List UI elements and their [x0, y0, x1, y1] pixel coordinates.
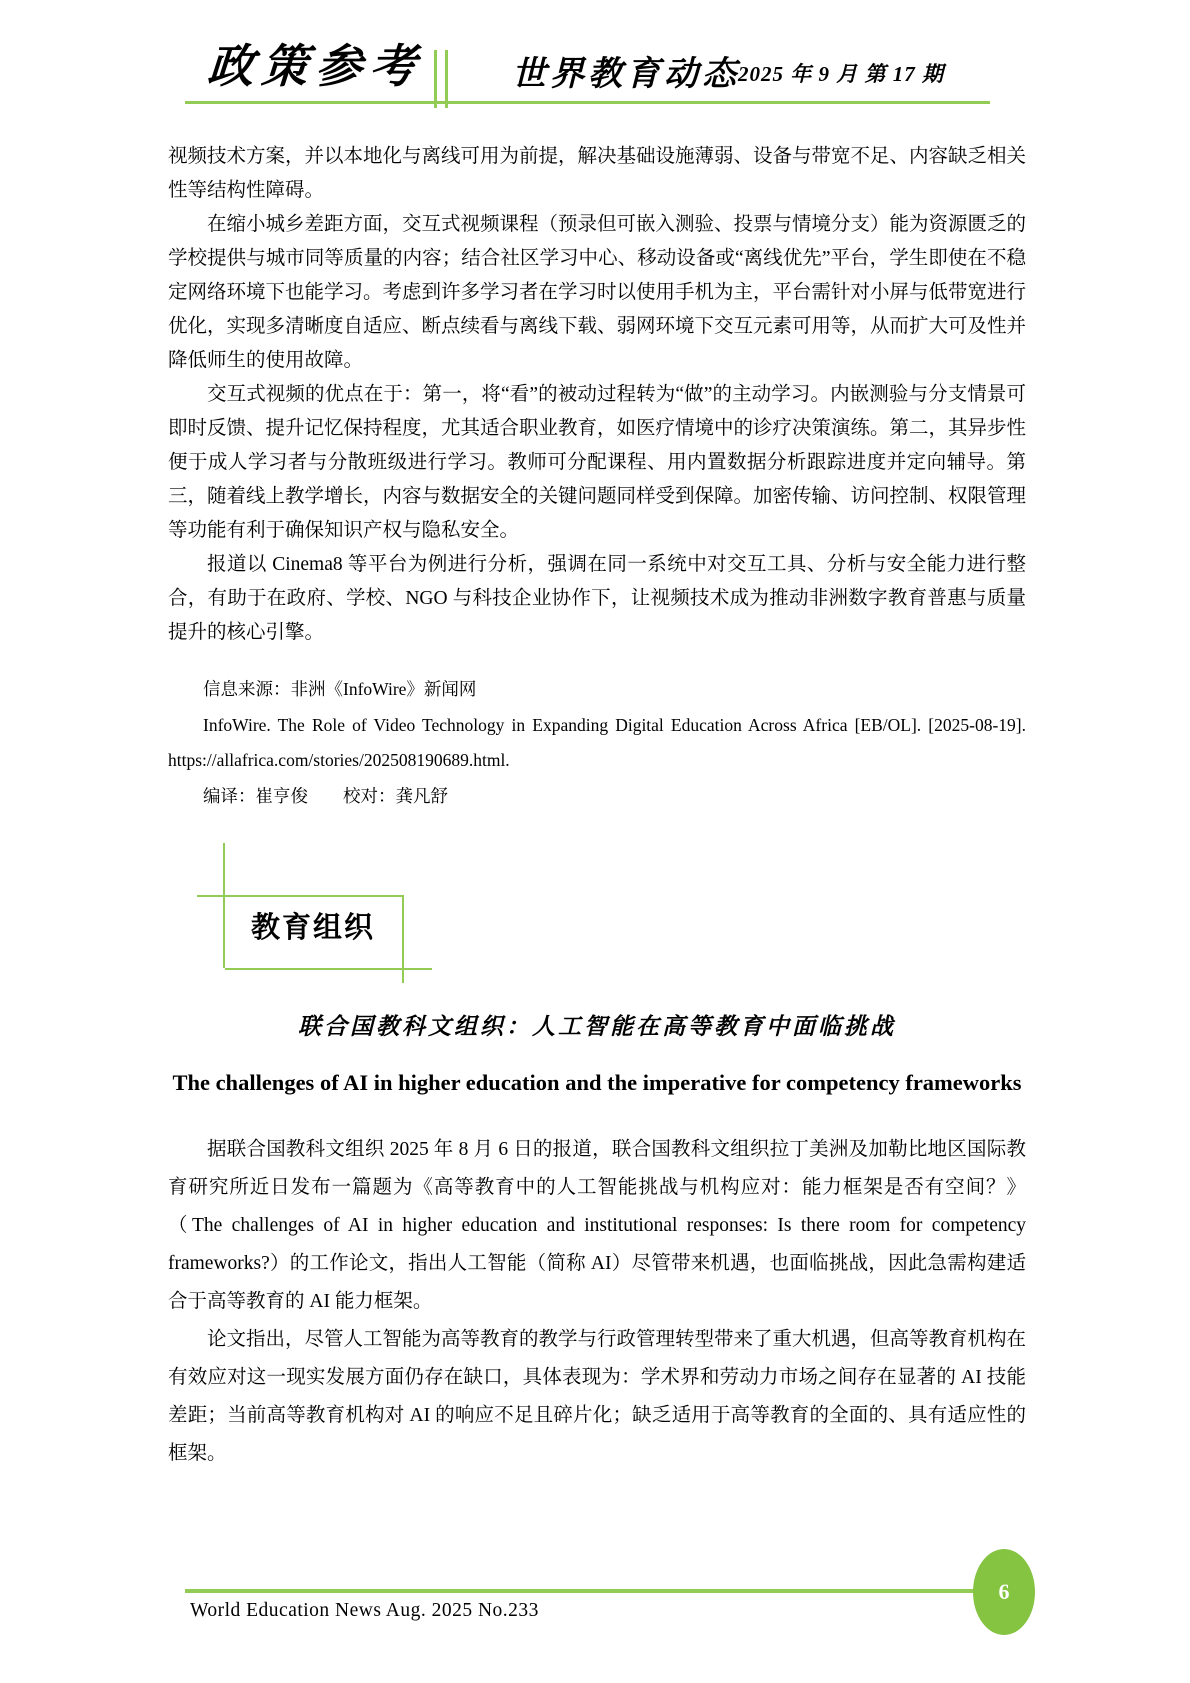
- article1-paragraph: 交互式视频的优点在于：第一，将“看”的被动过程转为“做”的主动学习。内嵌测验与分…: [168, 378, 1026, 548]
- section-marker-top-line: [197, 895, 402, 897]
- section-label: 教育组织: [223, 905, 403, 946]
- document-page: 政策参考 世界教育动态 2025 年 9 月 第 17 期 视频技术方案，并以本…: [0, 0, 1190, 1683]
- page-number: 6: [999, 1579, 1010, 1605]
- source-line: 信息来源：非洲《InfoWire》新闻网: [168, 672, 1026, 708]
- article1-paragraph: 视频技术方案，并以本地化与离线可用为前提，解决基础设施薄弱、设备与带宽不足、内容…: [168, 140, 1026, 208]
- article2-title-zh: 联合国教科文组织：人工智能在高等教育中面临挑战: [168, 1008, 1026, 1041]
- article2-paragraph: 论文指出，尽管人工智能为高等教育的教学与行政管理转型带来了重大机遇，但高等教育机…: [168, 1321, 1026, 1473]
- section-marker: 教育组织: [185, 843, 445, 993]
- header-brand: 政策参考: [206, 30, 427, 96]
- header-divider-lines: [434, 50, 448, 108]
- article1-body: 视频技术方案，并以本地化与离线可用为前提，解决基础设施薄弱、设备与带宽不足、内容…: [168, 140, 1026, 814]
- article2-paragraph: 据联合国教科文组织 2025 年 8 月 6 日的报道，联合国教科文组织拉丁美洲…: [168, 1131, 1026, 1321]
- article1-paragraph: 报道以 Cinema8 等平台为例进行分析，强调在同一系统中对交互工具、分析与安…: [168, 548, 1026, 650]
- header-rule: [185, 101, 990, 104]
- article2-body: 联合国教科文组织：人工智能在高等教育中面临挑战 The challenges o…: [168, 1008, 1026, 1473]
- header-title: 世界教育动态: [512, 46, 740, 95]
- source-credits: 编译：崔亨俊 校对：龚凡舒: [168, 779, 1026, 815]
- footer-rule: [185, 1589, 980, 1593]
- source-reference: InfoWire. The Role of Video Technology i…: [168, 708, 1026, 779]
- page-number-badge: 6: [973, 1549, 1035, 1635]
- article2-title-en: The challenges of AI in higher education…: [168, 1057, 1026, 1109]
- header-issue: 2025 年 9 月 第 17 期: [738, 58, 944, 88]
- section-marker-bottom-line: [225, 968, 432, 970]
- footer-text: World Education News Aug. 2025 No.233: [190, 1600, 539, 1622]
- article1-source-block: 信息来源：非洲《InfoWire》新闻网 InfoWire. The Role …: [168, 672, 1026, 814]
- article1-paragraph: 在缩小城乡差距方面，交互式视频课程（预录但可嵌入测验、投票与情境分支）能为资源匮…: [168, 208, 1026, 378]
